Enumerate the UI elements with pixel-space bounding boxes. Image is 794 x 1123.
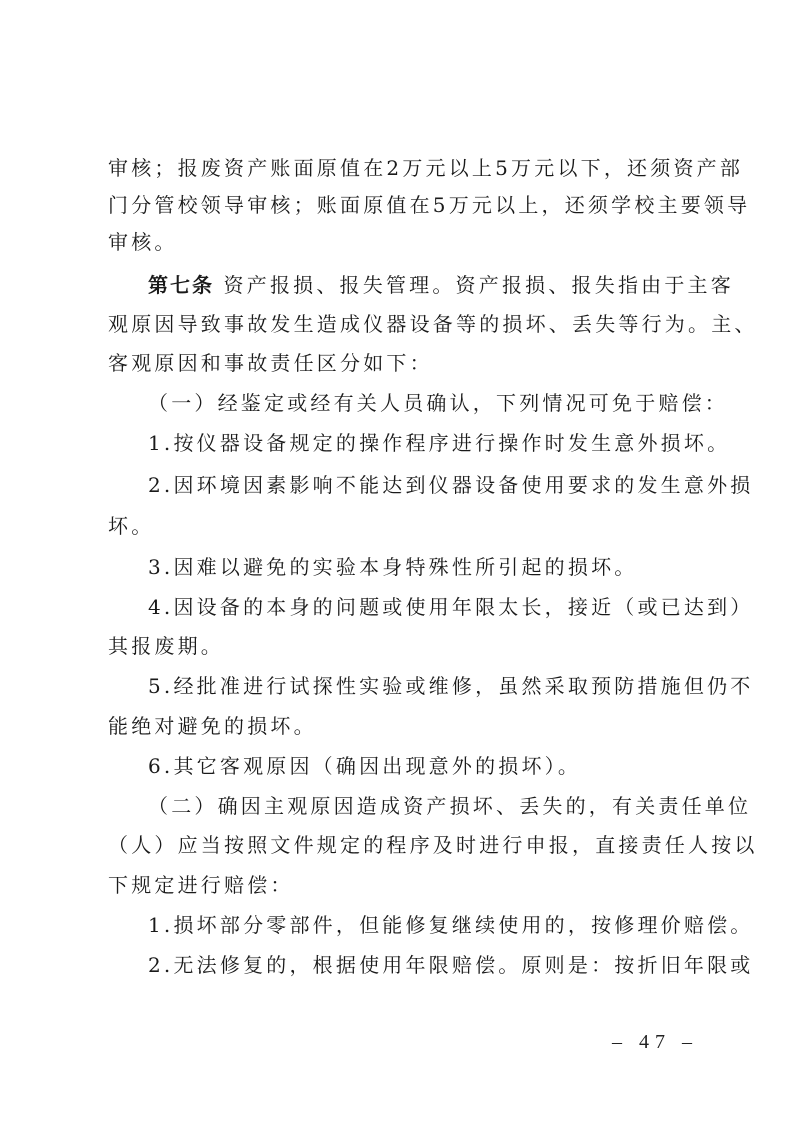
paragraph-line: 观原因导致事故发生造成仪器设备等的损坏、丢失等行为。主、: [108, 311, 698, 337]
list-item: 4.因设备的本身的问题或使用年限太长，接近（或已达到）: [148, 594, 738, 620]
list-item: 1.按仪器设备规定的操作程序进行操作时发生意外损坏。: [148, 430, 738, 456]
section-heading-line: （一）经鉴定或经有关人员确认，下列情况可免于赔偿：: [148, 390, 738, 416]
list-item: 1.损坏部分零部件，但能修复继续使用的，按修理价赔偿。: [148, 912, 738, 938]
paragraph-line: 客观原因和事故责任区分如下：: [108, 350, 698, 376]
document-page: 审核；报废资产账面原值在2万元以上5万元以下，还须资产部 门分管校领导审核；账面…: [0, 0, 794, 1123]
page-number: – 47 –: [612, 1031, 698, 1054]
list-item: 2.因环境因素影响不能达到仪器设备使用要求的发生意外损: [148, 472, 738, 498]
article-heading: 第七条: [148, 273, 214, 297]
paragraph-line: 下规定进行赔偿：: [108, 872, 698, 898]
list-item: 5.经批准进行试探性实验或维修，虽然采取预防措施但仍不: [148, 673, 738, 699]
paragraph-line: 其报废期。: [108, 633, 698, 659]
article-text: 资产报损、报失管理。资产报损、报失指由于主客: [214, 273, 734, 297]
paragraph-line: 审核。: [108, 229, 698, 255]
paragraph-line: （人）应当按照文件规定的程序及时进行申报，直接责任人按以: [108, 832, 698, 858]
list-item: 2.无法修复的，根据使用年限赔偿。原则是：按折旧年限或: [148, 952, 738, 978]
section-heading-line: （二）确因主观原因造成资产损坏、丢失的，有关责任单位: [148, 793, 738, 819]
list-item: 6.其它客观原因（确因出现意外的损坏）。: [148, 753, 738, 779]
list-item: 3.因难以避免的实验本身特殊性所引起的损坏。: [148, 554, 738, 580]
paragraph-line: 坏。: [108, 513, 698, 539]
paragraph-line: 审核；报废资产账面原值在2万元以上5万元以下，还须资产部: [108, 155, 698, 181]
paragraph-line: 能绝对避免的损坏。: [108, 713, 698, 739]
article-seven-line: 第七条 资产报损、报失管理。资产报损、报失指由于主客: [148, 272, 738, 298]
paragraph-line: 门分管校领导审核；账面原值在5万元以上，还须学校主要领导: [108, 192, 698, 218]
